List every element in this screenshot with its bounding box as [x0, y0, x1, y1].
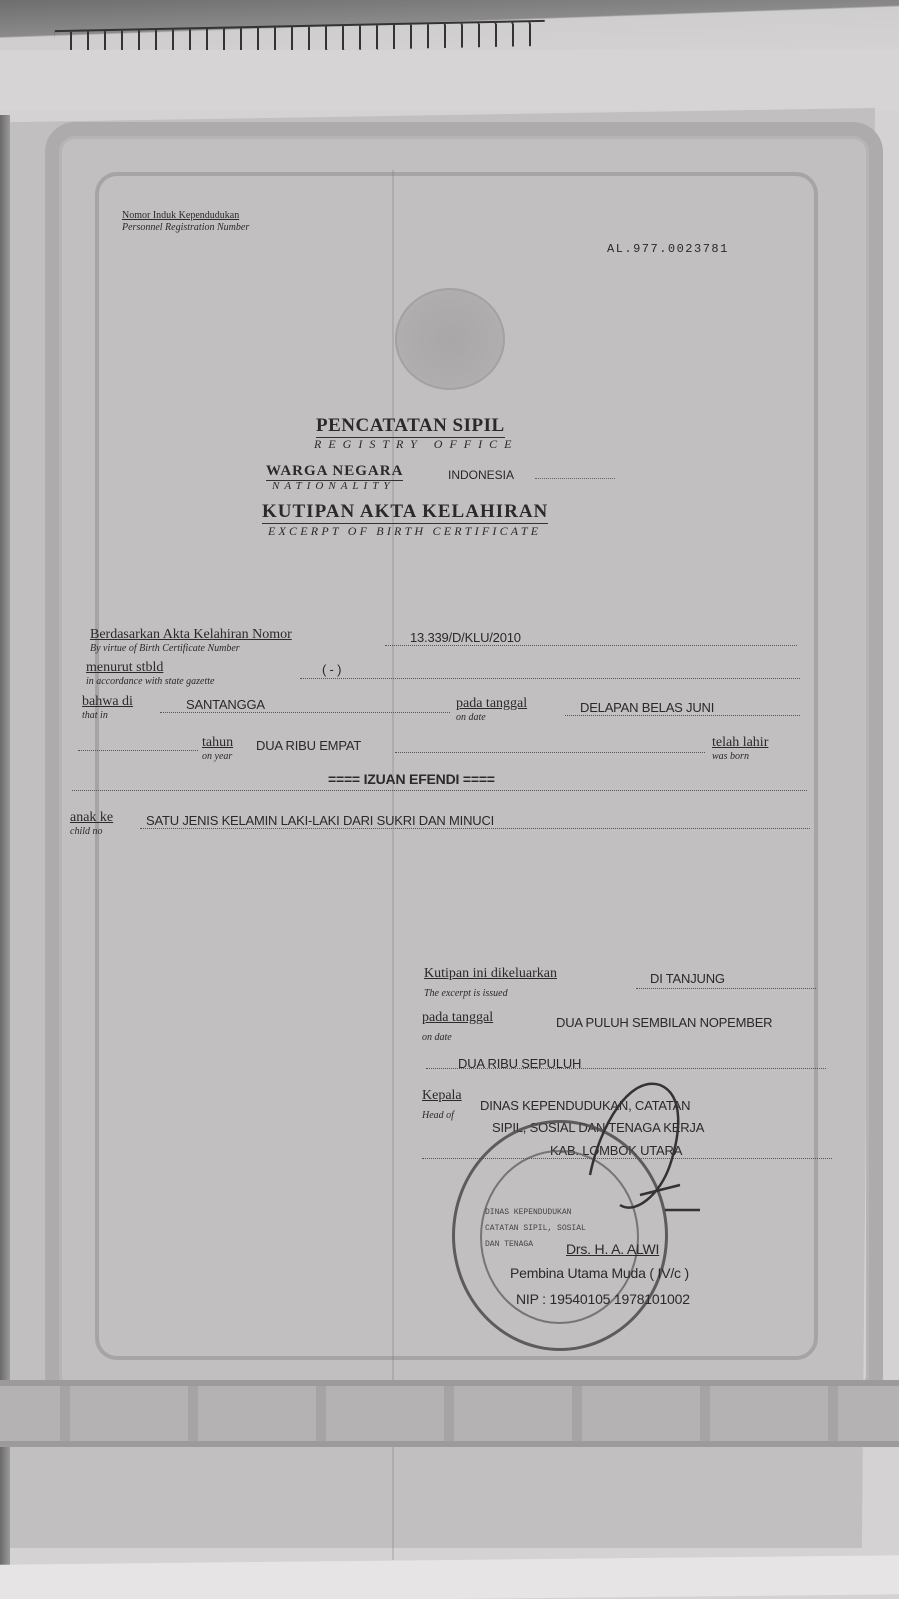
nationality-label: WARGA NEGARA: [266, 462, 403, 481]
garuda-emblem-icon: [395, 288, 505, 390]
issue-date-label: pada tanggal: [422, 1010, 493, 1026]
head-label-en: Head of: [422, 1110, 454, 1122]
fold-line: [392, 170, 394, 1560]
background-surface: [0, 1555, 899, 1599]
stbld-label: menurut stbld: [86, 660, 163, 676]
issued-place: DI TANJUNG: [650, 971, 725, 986]
stbld-value: ( - ): [322, 662, 341, 677]
dotted-line: [300, 678, 800, 679]
cert-no-label: Berdasarkan Akta Kelahiran Nomor: [90, 627, 292, 643]
year-label: tahun: [202, 735, 233, 751]
place-value: SANTANGGA: [186, 697, 265, 712]
decorative-band: [0, 1380, 899, 1447]
dotted-line: [160, 712, 450, 713]
issued-label-en: The excerpt is issued: [424, 988, 508, 1000]
dotted-line: [385, 645, 797, 646]
issue-date-value-2: DUA RIBU SEPULUH: [458, 1056, 581, 1071]
cert-no-label-en: By virtue of Birth Certificate Number: [90, 643, 240, 655]
child-name: ==== IZUAN EFENDI ====: [328, 772, 495, 787]
dotted-line: [636, 988, 816, 989]
issued-label: Kutipan ini dikeluarkan: [424, 966, 557, 982]
office-title: PENCATATAN SIPIL: [316, 415, 505, 438]
born-label: telah lahir: [712, 735, 768, 751]
child-label: anak ke: [70, 810, 113, 826]
stamp-line: DINAS KEPENDUDUKAN: [485, 1205, 586, 1221]
year-label-en: on year: [202, 751, 232, 763]
child-label-en: child no: [70, 826, 103, 838]
issue-date-label-en: on date: [422, 1032, 452, 1044]
nationality-value: INDONESIA: [448, 468, 514, 482]
cert-no-value: 13.339/D/KLU/2010: [410, 630, 521, 645]
year-value: DUA RIBU EMPAT: [256, 738, 361, 753]
official-nip: NIP : 19540105 1978101002: [516, 1292, 690, 1307]
signature-icon: [580, 1065, 700, 1225]
issue-date-value: DUA PULUH SEMBILAN NOPEMBER: [556, 1015, 772, 1030]
born-label-en: was born: [712, 751, 749, 763]
date-label-en: on date: [456, 712, 486, 724]
stbld-label-en: in accordance with state gazette: [86, 676, 215, 688]
official-name: Drs. H. A. ALWI: [566, 1242, 659, 1257]
nik-label-en: Personnel Registration Number: [122, 222, 249, 234]
sheet-edge-shadow: [0, 115, 10, 1585]
registration-number: AL.977.0023781: [607, 242, 729, 256]
background-surface: [0, 50, 899, 110]
dotted-line: [140, 828, 810, 829]
dotted-line: [535, 478, 615, 479]
nationality-label-en: NATIONALITY: [272, 480, 394, 492]
document-title: KUTIPAN AKTA KELAHIRAN: [262, 501, 548, 524]
official-rank: Pembina Utama Muda ( IV/c ): [510, 1266, 689, 1281]
date-label: pada tanggal: [456, 696, 527, 712]
head-label: Kepala: [422, 1088, 462, 1104]
dotted-line: [72, 790, 807, 791]
date-value: DELAPAN BELAS JUNI: [580, 700, 714, 715]
place-label: bahwa di: [82, 694, 133, 710]
dotted-line: [78, 750, 198, 751]
document-title-en: EXCERPT OF BIRTH CERTIFICATE: [268, 524, 541, 539]
dotted-line: [395, 752, 705, 753]
stamp-line: CATATAN SIPIL, SOSIAL: [485, 1221, 586, 1237]
place-label-en: that in: [82, 710, 108, 722]
nik-label-id: Nomor Induk Kependudukan: [122, 210, 249, 222]
office-title-en: REGISTRY OFFICE: [314, 437, 518, 452]
nik-label: Nomor Induk Kependudukan Personnel Regis…: [122, 210, 249, 234]
dotted-line: [565, 715, 800, 716]
child-value: SATU JENIS KELAMIN LAKI-LAKI DARI SUKRI …: [146, 813, 494, 828]
